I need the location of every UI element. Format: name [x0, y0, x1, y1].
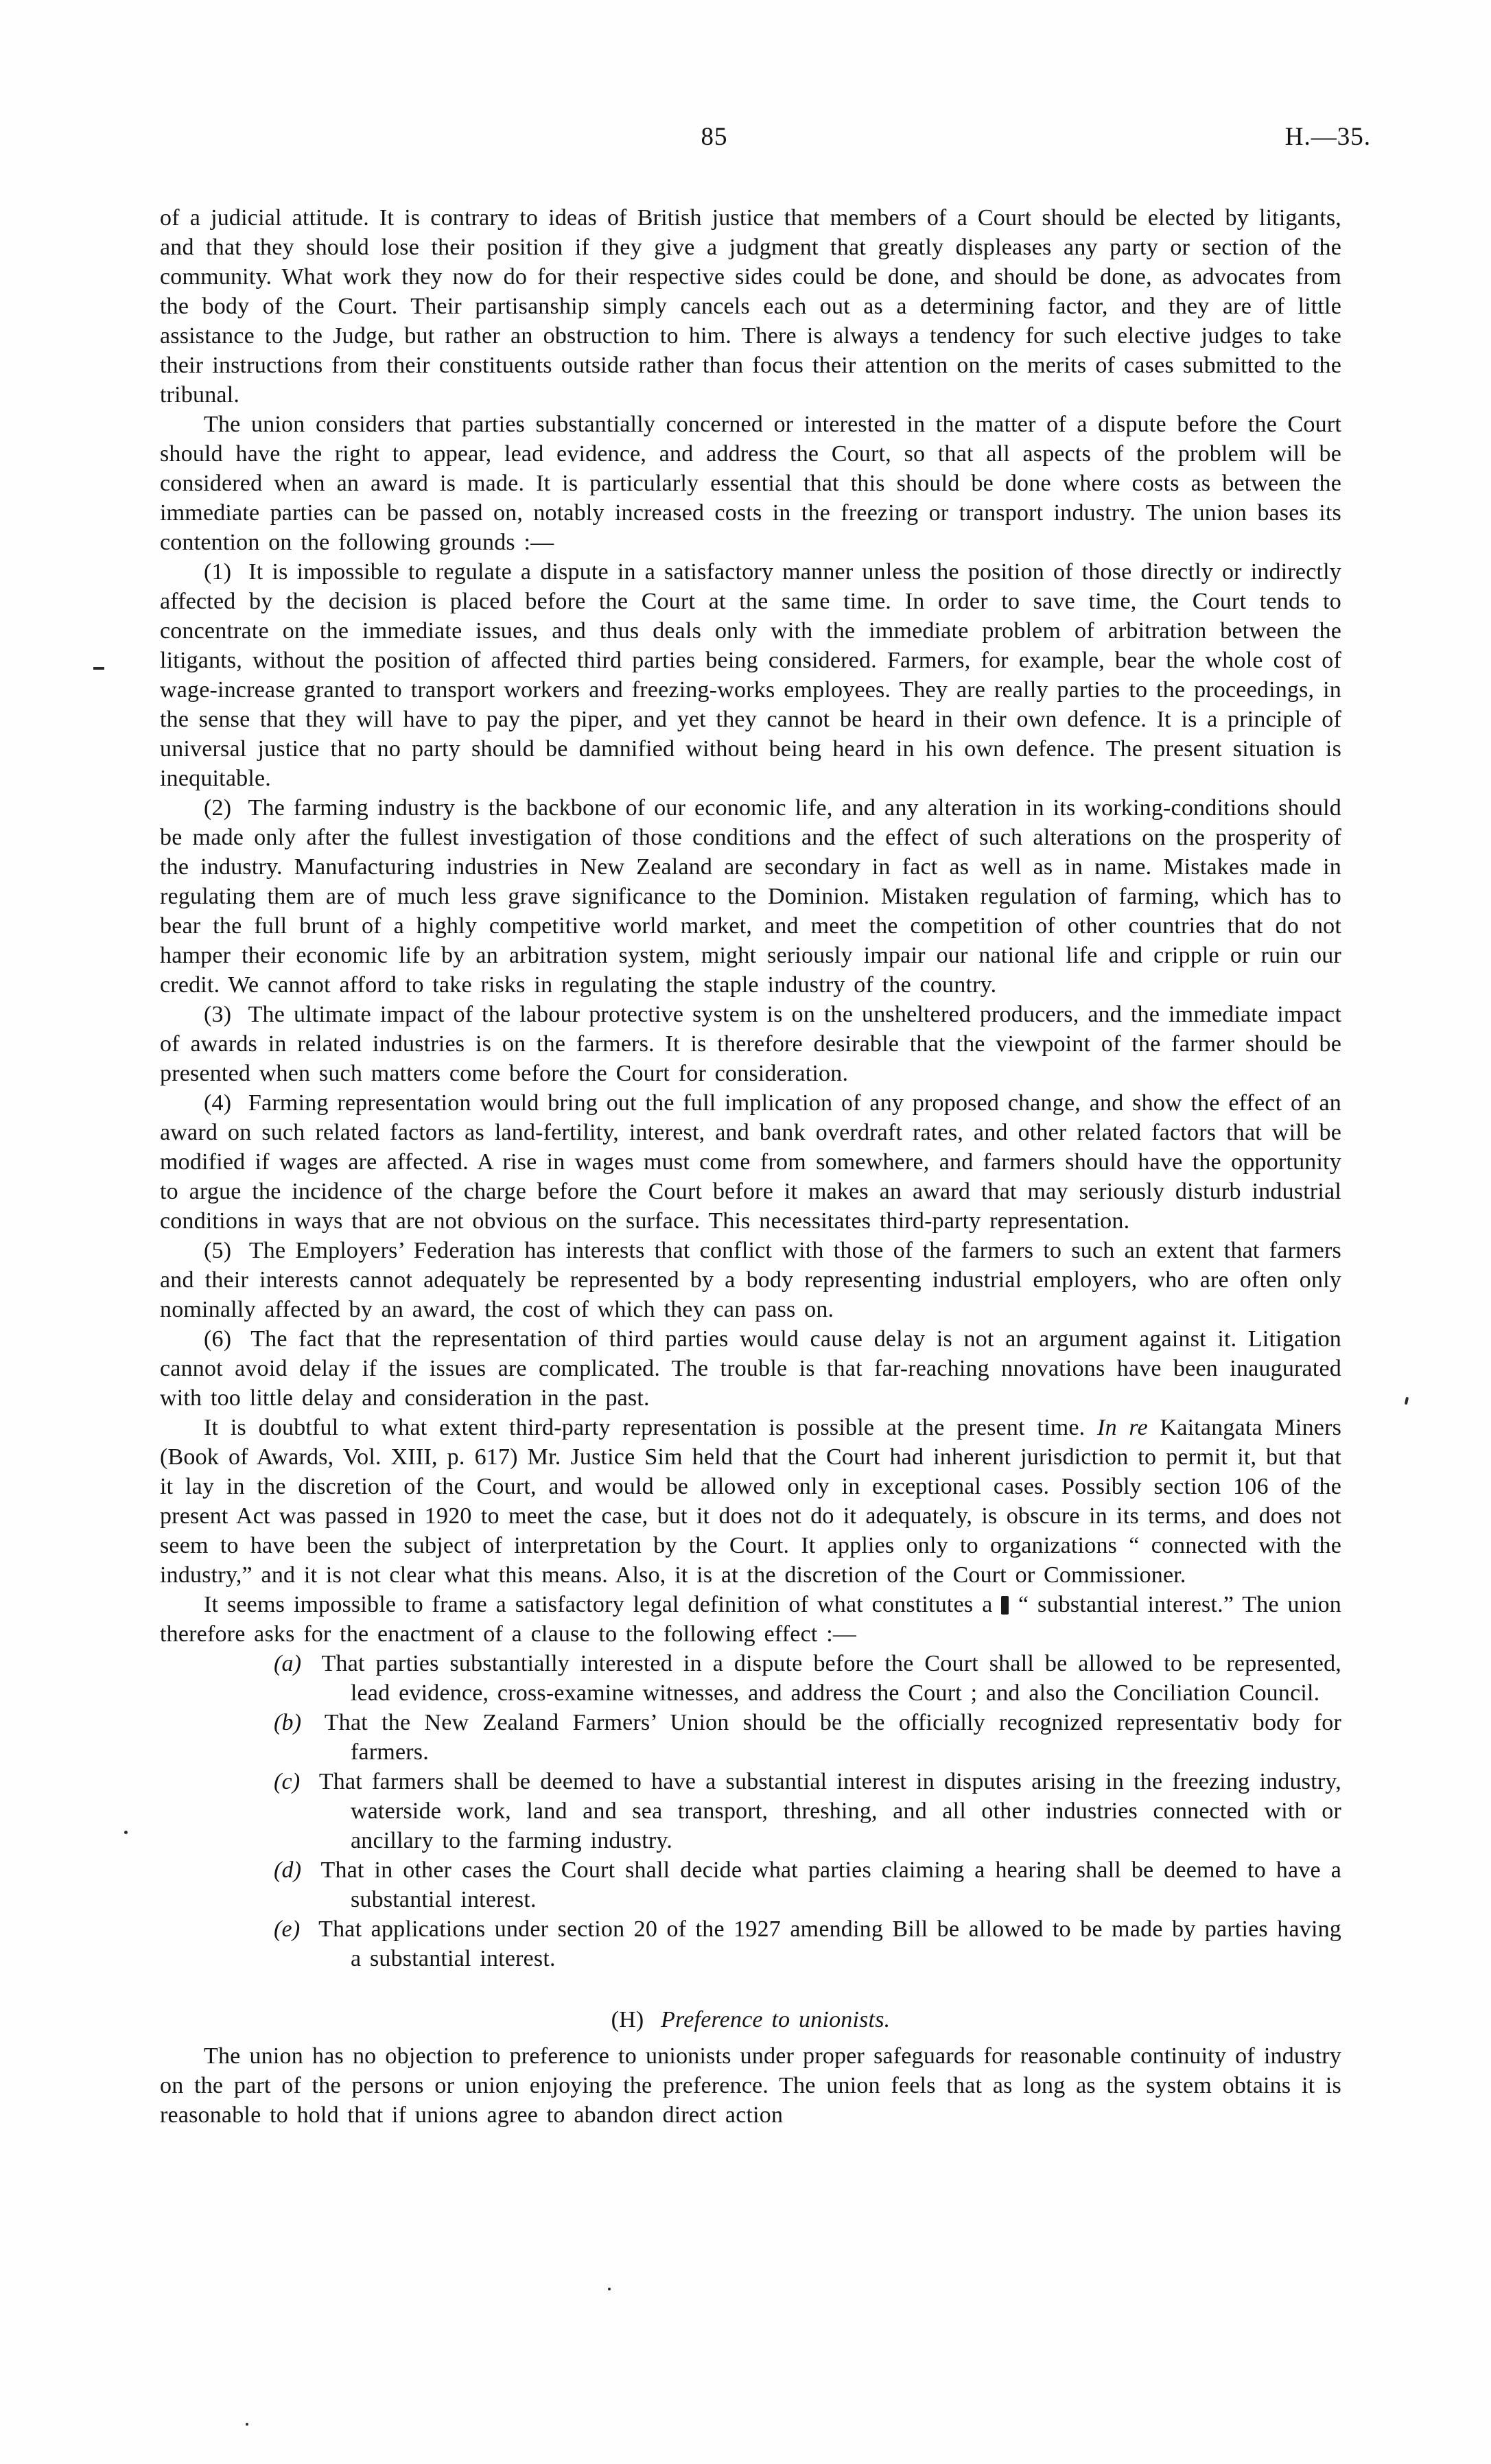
item-text: It is impossible to regulate a dispute i… [160, 559, 1341, 791]
clause-item-a: (a) That parties substantially intereste… [160, 1649, 1341, 1708]
definition-text-before: It seems impossible to frame a satisfact… [204, 1592, 992, 1617]
case-citation: In re [1097, 1415, 1148, 1440]
clause-letter: (a) [274, 1651, 301, 1676]
section-heading: (H) Preference to unionists. [160, 2005, 1341, 2034]
scan-artifact-dot [608, 2288, 611, 2290]
case-text-before: It is doubtful to what extent third-part… [204, 1415, 1085, 1440]
item-text: The ultimate impact of the labour protec… [160, 1002, 1341, 1086]
numbered-item-3: (3) The ultimate impact of the labour pr… [160, 1000, 1341, 1088]
clause-item-d: (d) That in other cases the Court shall … [160, 1855, 1341, 1914]
scan-artifact-dot [246, 2423, 248, 2426]
clause-text: That farmers shall be deemed to have a s… [319, 1769, 1341, 1853]
scan-artifact-mark [1405, 1397, 1409, 1405]
clause-letter: (d) [274, 1857, 301, 1883]
item-text: Farming representation would bring out t… [160, 1090, 1341, 1234]
union-contention-paragraph: The union considers that parties substan… [160, 410, 1341, 557]
item-number: (2) [204, 795, 231, 821]
document-page: 85 H.—35. of a judicial attitude. It is … [0, 0, 1491, 2464]
numbered-item-6: (6) The fact that the representation of … [160, 1324, 1341, 1413]
clause-text: That the New Zealand Farmers’ Union shou… [325, 1710, 1341, 1765]
item-number: (6) [204, 1326, 231, 1352]
body-text: of a judicial attitude. It is contrary t… [160, 203, 1341, 2130]
scan-artifact-dot [124, 1831, 128, 1834]
clause-text: That parties substantially interested in… [322, 1651, 1341, 1706]
section-heading-letter: (H) [611, 2007, 644, 2032]
item-number: (3) [204, 1002, 231, 1027]
ink-blot-artifact [1001, 1596, 1009, 1615]
clause-text: That in other cases the Court shall deci… [321, 1857, 1341, 1912]
section-heading-title: Preference to unionists. [661, 2007, 890, 2032]
clause-item-b: (b) That the New Zealand Farmers’ Union … [160, 1708, 1341, 1767]
page-number: 85 [676, 122, 753, 152]
item-text: The farming industry is the backbone of … [160, 795, 1341, 998]
scan-artifact-dash [93, 667, 104, 670]
doc-reference: H.—35. [1285, 122, 1371, 152]
clause-letter: (c) [274, 1769, 300, 1794]
legal-definition-paragraph: It seems impossible to frame a satisfact… [160, 1590, 1341, 1649]
clause-text: That applications under section 20 of th… [318, 1916, 1341, 1971]
item-number: (4) [204, 1090, 231, 1116]
clause-letter: (b) [274, 1710, 301, 1735]
case-text-after: Kaitangata Miners (Book of Awards, Vol. … [160, 1415, 1341, 1588]
item-number: (5) [204, 1238, 231, 1263]
clause-letter: (e) [274, 1916, 300, 1942]
case-law-paragraph: It is doubtful to what extent third-part… [160, 1413, 1341, 1590]
numbered-item-4: (4) Farming representation would bring o… [160, 1088, 1341, 1236]
numbered-item-2: (2) The farming industry is the backbone… [160, 793, 1341, 1000]
numbered-item-5: (5) The Employers’ Federation has intere… [160, 1236, 1341, 1324]
preference-paragraph: The union has no objection to preference… [160, 2041, 1341, 2130]
item-text: The Employers’ Federation has interests … [160, 1238, 1341, 1322]
item-number: (1) [204, 559, 231, 585]
item-text: The fact that the representation of thir… [160, 1326, 1341, 1411]
clause-item-e: (e) That applications under section 20 o… [160, 1914, 1341, 1973]
clause-item-c: (c) That farmers shall be deemed to have… [160, 1767, 1341, 1855]
numbered-item-1: (1) It is impossible to regulate a dispu… [160, 557, 1341, 793]
continuation-paragraph: of a judicial attitude. It is contrary t… [160, 203, 1341, 410]
